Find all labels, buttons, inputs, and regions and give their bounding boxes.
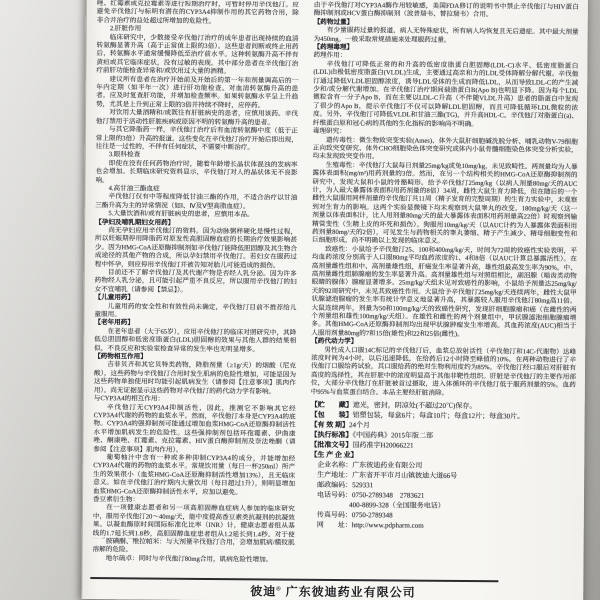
section-heading: 【药代动力学】 (311, 338, 357, 345)
text-block: 胺碘酮、维拉帕米：与大剂量辛伐他汀合用，会增加肌病/横纹肌溶解的危险。 (93, 538, 295, 556)
text-block: 有少量服药过量的报道，病人无特殊症状，所有病人均恢复且无后遗症。其中最大剂量为4… (314, 27, 579, 46)
field-value: 电话号码：0750-2789348 2783621 (317, 491, 424, 500)
right-column-info-fields: 【贮 藏】遮光，密封，阴凉处(不超过20℃)保存。【包 装】铝塑包装，每盒6片；… (310, 400, 576, 532)
field-value: 企业名称：广东彼迪药业有限公司 (317, 461, 422, 470)
left-column-text: 唑、红霉素或克拉霉素等进行短期治疗时，可暂时停用辛伐他汀。应避免辛伐他汀与标明有… (93, 0, 299, 539)
text-block: 致癌性：小鼠给予辛伐他汀25、100和400mg/kg/天，时间为72周的致癌性… (311, 246, 577, 341)
text-block: 与其它降脂药一样，辛伐他汀治疗后有血清转氨酶中度（低于正常上限的3倍）升高的报道… (96, 126, 298, 153)
text-block: 由于辛伐他汀对CYP3A4酶作用较敏感，美国FDA修订的说明书中禁止辛伐他汀与H… (314, 2, 579, 21)
field-label: 【执行标准】 (310, 431, 352, 439)
text-block: 对饮用大量酒精和/或既往有肝脏病史的患者，应慎用该药。辛伐他汀禁用于活动性肝脏疾… (96, 109, 298, 127)
section-heading: 【儿童用药】 (95, 294, 135, 301)
block-text: 香豆素衍生物： (93, 496, 139, 503)
block-text: 唑、红霉素或克拉霉素等进行短期治疗时，可暂时停用辛伐他汀。应避免辛伐他汀与标明有… (97, 0, 299, 25)
text-block: 葡萄柚汁中含有一种或多种抑制CYP3A4的成分，并能增加经CYP3A4代谢的药物… (93, 454, 295, 498)
block-text: 2.肝脏作用 (110, 25, 141, 32)
text-block: 临床研究中，少数接受辛伐他汀治疗的成年患者出现持续的血清转氨酶显著升高（高于正常… (96, 34, 298, 78)
company-logo: 彼迪® (250, 584, 281, 598)
field-value: 铝塑包装，每盒6片；每盒10片；每盒12片；每盒30片。 (353, 411, 525, 420)
block-text: 辛伐他汀无CYP3A4抑制活性，因此，推测它不影响其它经CYP3A4代谢的药物的… (93, 404, 295, 454)
field-value: 网 址：http://www.pdpharm.com (317, 521, 424, 530)
block-text: 致癌性：小鼠给予辛伐他汀25、100和400mg/kg/天，时间为72周的致癌性… (311, 246, 577, 338)
left-column-bottom-text: 胺碘酮、维拉帕米：与大剂量辛伐他汀合用，会增加肌病/横纹肌溶解的危险。地尔硫卓：… (92, 538, 294, 567)
field-label: 【贮 藏】 (311, 401, 353, 409)
company-name: 广东彼迪药业有限公司 (286, 585, 416, 600)
block-text: 辛伐他汀可降低正常的和升高的低密度脂蛋白胆固醇(LDL-C)水平。低密度脂蛋白(… (313, 61, 579, 128)
text-block: 在老年患者（大于65岁），应用辛伐他汀的临床对照研究中，其降低总胆固醇和低密度脂… (94, 328, 296, 355)
block-text: 尚无孕妇应用辛伐他汀的资料。因为动脉粥样硬化是慢性过程，所以妊娠期停用降脂药对原… (95, 227, 297, 269)
section-heading: 【药理毒理】 (314, 44, 354, 51)
block-text: 与其它降脂药一样，辛伐他汀治疗后有血清转氨酶中度（低于正常上限的3倍）升高的报道… (96, 126, 298, 151)
section-heading: 【药物过量】 (314, 19, 354, 26)
block-text: 与CYP3A4的相互作用： (94, 395, 164, 403)
section-heading: 【孕妇及哺乳期妇女用药】 (95, 219, 174, 227)
block-text: 有少量服药过量的报道，病人无特殊症状，所有病人均恢复且无后遗症。其中最大剂量为4… (314, 27, 579, 43)
block-text: 即使在没有任何药物治疗时，随着年龄增长晶状体混浊的发病率也会增加。长期临床研究资… (95, 160, 297, 184)
text-block: 尚无孕妇应用辛伐他汀的资料。因为动脉粥样硬化是慢性过程，所以妊娠期停用降脂药对原… (95, 227, 297, 271)
field-value: 24个月 (349, 421, 370, 429)
block-text: 建议所有患者在治疗开始前及开始后的第一年和剂量调高后的一年内定期（如半年一次）进… (96, 76, 298, 109)
block-text: 毒理研究： (313, 128, 346, 135)
block-text: 生殖毒性：辛伐他汀大鼠每日剂量25mg/kg或兔10mg/kg，未见致畸性。两剂… (312, 162, 578, 246)
info-field: 网 址：http://www.pdpharm.com (310, 520, 575, 532)
text-block: 生殖毒性：辛伐他汀大鼠每日剂量25mg/kg或兔10mg/kg，未见致畸性。两剂… (312, 162, 578, 248)
block-text: 对饮用大量酒精和/或既往有肝脏病史的患者，应慎用该药。辛伐他汀禁用于活动性肝脏疾… (96, 109, 298, 126)
left-column: 唑、红霉素或克拉霉素等进行短期治疗时，可暂时停用辛伐他汀。应避免辛伐他汀与标明有… (92, 0, 298, 567)
field-value: 国药准字H20066221 (352, 441, 413, 449)
text-block: 辛伐他汀无CYP3A4抑制活性，因此，推测它不影响其它经CYP3A4代谢的药物的… (93, 404, 295, 456)
block-text: 在老年患者（大于65岁），应用辛伐他汀的临床对照研究中，其降低总胆固醇和低密度脂… (94, 328, 296, 353)
block-text: 吉非贝齐和其它贝特类药物，降脂剂量（≥1g/天）的烟酸（尼克酸），这些药物与辛伐… (94, 362, 296, 396)
text-block: 辛伐他汀仅有中等程度降低甘油三酯的作用，不适合治疗以甘油三酯升高为主的异常情况（… (95, 193, 297, 211)
right-column: 由于辛伐他汀对CYP3A4酶作用较敏感，美国FDA修订的说明书中禁止辛伐他汀与H… (309, 2, 578, 569)
footer-divider (90, 577, 498, 582)
text-block: 唑、红霉素或克拉霉素等进行短期治疗时，可暂时停用辛伐他汀。应避免辛伐他汀与标明有… (97, 0, 299, 27)
block-text: 目前还不了解辛伐他汀及其代谢产物是否经人乳分泌。因为许多药物经人乳分泌，且可能引… (95, 269, 297, 293)
scanned-leaflet-page: 唑、红霉素或克拉霉素等进行短期治疗时，可暂时停用辛伐他汀。应避免辛伐他汀与标明有… (81, 0, 588, 600)
block-text: 临床研究中，少数接受辛伐他汀治疗的成年患者出现持续的血清转氨酶显著升高（高于正常… (96, 34, 298, 76)
section-heading: 【老年用药】 (94, 320, 134, 327)
text-block: 建议所有患者在治疗开始前及开始后的第一年和剂量调高后的一年内定期（如半年一次）进… (96, 76, 298, 111)
block-text: 3.眼科检查 (109, 151, 140, 158)
field-label: 【有 效 期】 (311, 421, 350, 429)
block-text: 药理作用： (313, 52, 346, 59)
block-text: 辛伐他汀仅有中等程度降低甘油三酯的作用，不适合治疗以甘油三酯升高为主的异常情况（… (95, 194, 297, 211)
block-text: 男性成人口服14C标记的辛伐他汀后，血浆总放射活性（辛伐他汀和14C-代谢物）达… (311, 347, 576, 397)
text-block: 目前还不了解辛伐他汀及其代谢产物是否经人乳分泌。因为许多药物经人乳分泌，且可能引… (95, 269, 297, 296)
leaflet-columns: 唑、红霉素或克拉霉素等进行短期治疗时，可暂时停用辛伐他汀。应避免辛伐他汀与标明有… (92, 0, 578, 569)
block-text: 遗传毒性：微生物致突变实验(Ames)、体外大鼠肝细胞碱洗脱分析、哺乳动物V-7… (313, 136, 578, 160)
field-label: 【包 装】 (311, 411, 353, 419)
block-text: 由于辛伐他汀对CYP3A4酶作用较敏感，美国FDA修订的说明书中禁止辛伐他汀与H… (314, 2, 579, 19)
text-block: 遗传毒性：微生物致突变实验(Ames)、体外大鼠肝细胞碱洗脱分析、哺乳动物V-7… (313, 136, 578, 163)
block-text: 地尔硫卓：同时与辛伐他汀80mg合用，肌病危险性增加。 (106, 555, 273, 563)
field-value: 生产地址：广东省开平市月山镇彼迪大道66号 (317, 471, 457, 480)
section-heading: 【药物相互作用】 (94, 353, 147, 360)
field-label: 【生 产 企 业】 (310, 451, 357, 459)
block-text: 在一项健康志愿者和另一项高胆固醇血症病人参加的临床研究中，服用辛伐他汀20～40… (93, 505, 295, 540)
text-block: 男性成人口服14C标记的辛伐他汀后，血浆总放射活性（辛伐他汀和14C-代谢物）达… (311, 346, 576, 399)
block-text: 4.高甘油三酯血症 (109, 185, 160, 192)
footer-brand: 彼迪®广东彼迪药业有限公司 (250, 582, 416, 600)
block-text: 葡萄柚汁中含有一种或多种抑制CYP3A4的成分，并能增加经CYP3A4代谢的药物… (93, 454, 295, 496)
text-block: 辛伐他汀可降低正常的和升高的低密度脂蛋白胆固醇(LDL-C)水平。低密度脂蛋白(… (313, 61, 579, 130)
field-value: 400-8899-328（全国服务电话） (349, 501, 445, 510)
registered-mark-icon: ® (276, 587, 280, 593)
block-text: 儿童用药的安全性和有效性尚未确定，辛伐他汀目前不推荐给儿童服用。 (94, 303, 296, 319)
field-value: 《中国药典》2015年版二部 (352, 431, 433, 440)
field-label: 【批准文号】 (310, 441, 352, 449)
block-text: 胺碘酮、维拉帕米：与大剂量辛伐他汀合用，会增加肌病/横纹肌溶解的危险。 (93, 538, 295, 554)
block-text: 5.大量饮酒和/或有肝脏病史的患者，应慎用本品。 (108, 210, 253, 218)
right-column-text: 由于辛伐他汀对CYP3A4酶作用较敏感，美国FDA修订的说明书中禁止辛伐他汀与H… (311, 2, 579, 399)
text-block: 在一项健康志愿者和另一项高胆固醇血症病人参加的临床研究中，服用辛伐他汀20～40… (93, 504, 295, 539)
field-value: 传真号码：0750-2789348 (317, 511, 393, 520)
field-value: 邮政编码：529331 (317, 481, 373, 489)
field-value: 遮光，密封，阴凉处(不超过20℃)保存。 (353, 401, 477, 410)
text-block: 地尔硫卓：同时与辛伐他汀80mg合用，肌病危险性增加。 (92, 555, 294, 565)
text-block: 即使在没有任何药物治疗时，随着年龄增长晶状体混浊的发病率也会增加。长期临床研究资… (95, 160, 297, 187)
text-block: 吉非贝齐和其它贝特类药物，降脂剂量（≥1g/天）的烟酸（尼克酸），这些药物与辛伐… (94, 362, 296, 397)
